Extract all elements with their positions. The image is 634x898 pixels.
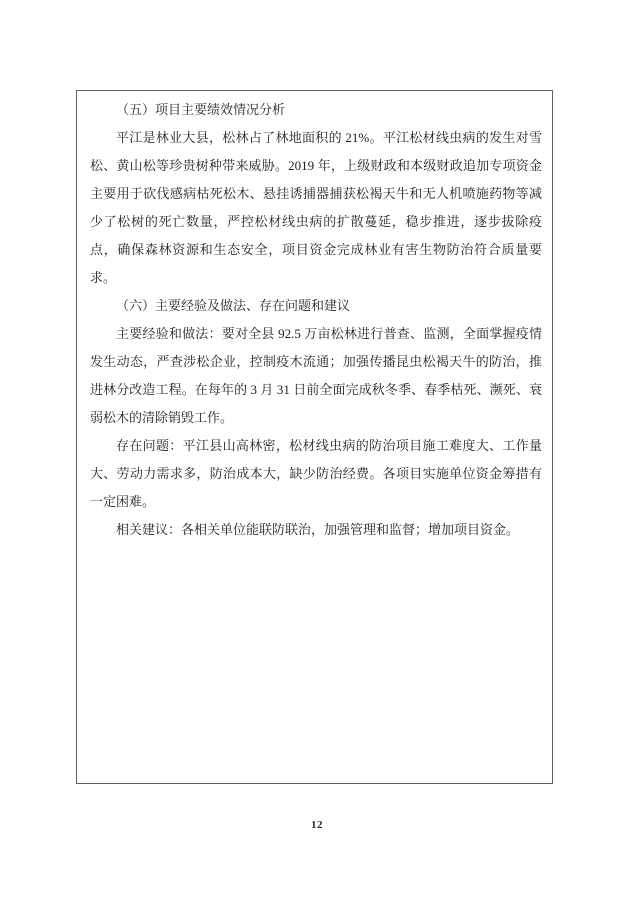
section-6-paragraph-suggestions: 相关建议：各相关单位能联防联治，加强管理和监督；增加项目资金。 <box>90 516 542 544</box>
section-6-paragraph-problems: 存在问题：平江县山高林密，松材线虫病的防治项目施工难度大、工作量大、劳动力需求多… <box>90 432 542 516</box>
content-border-box: （五）项目主要绩效情况分析 平江是林业大县，松林占了林地面积的 21%。平江松材… <box>76 90 553 784</box>
section-6-paragraph-experience: 主要经验和做法：要对全县 92.5 万亩松林进行普查、监测，全面掌握疫情发生动态… <box>90 320 542 432</box>
document-page: （五）项目主要绩效情况分析 平江是林业大县，松林占了林地面积的 21%。平江松材… <box>0 0 634 898</box>
section-5-paragraph-performance-analysis: 平江是林业大县，松林占了林地面积的 21%。平江松材线虫病的发生对雪松、黄山松等… <box>90 124 542 292</box>
page-number: 12 <box>0 819 634 831</box>
section-5-heading: （五）项目主要绩效情况分析 <box>90 96 542 124</box>
section-6-heading: （六）主要经验及做法、存在问题和建议 <box>90 292 542 320</box>
